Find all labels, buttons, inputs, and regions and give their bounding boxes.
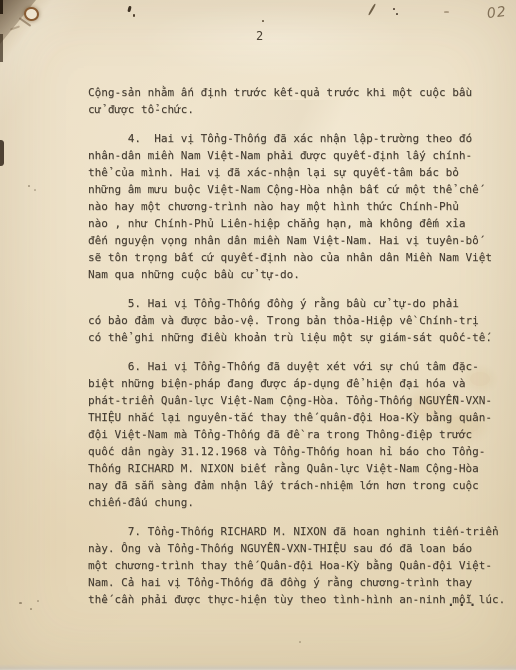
trailing-ellipsis: ... [447,595,479,610]
pencil-stroke [368,3,376,15]
ink-speck [37,600,39,602]
paragraph-item-6: 6. Hai vị Tổng-Thống đã duyệt xét với sự… [88,358,506,511]
ink-speck [28,185,30,187]
scanned-page: 02 2 Cộng-sản nhằm ấn định trước kết-quả… [0,0,516,670]
ink-speck [396,13,398,15]
paragraph-item-4: 4. Hai vị Tổng-Thống đã xác nhận lập-trư… [88,130,506,283]
ink-speck [393,8,395,10]
ink-speck [262,20,264,22]
ink-speck [444,11,449,13]
ink-speck [19,602,22,604]
ink-speck [299,641,301,643]
scan-bottom-edge [0,664,516,670]
handwritten-page-index: 02 [486,4,508,22]
scan-edge-mark [0,34,3,62]
ink-speck [133,14,135,17]
ink-speck [30,608,32,610]
ink-speck [34,189,36,191]
paragraph-continuation: Cộng-sản nhằm ấn định trước kết-quả trướ… [88,84,506,118]
document-body: Cộng-sản nhằm ấn định trước kết-quả trướ… [88,84,506,620]
paragraph-item-5: 5. Hai vị Tổng-Thống đồng ý rằng bầu cử … [88,295,506,346]
page-number: 2 [256,29,263,43]
scan-edge-mark [0,0,3,14]
scan-edge-mark [0,140,4,166]
paper-crease-top [110,0,410,90]
ink-speck [127,6,131,13]
paragraph-item-7: 7. Tổng-Thống RICHARD M. NIXON đã hoan n… [88,523,506,608]
